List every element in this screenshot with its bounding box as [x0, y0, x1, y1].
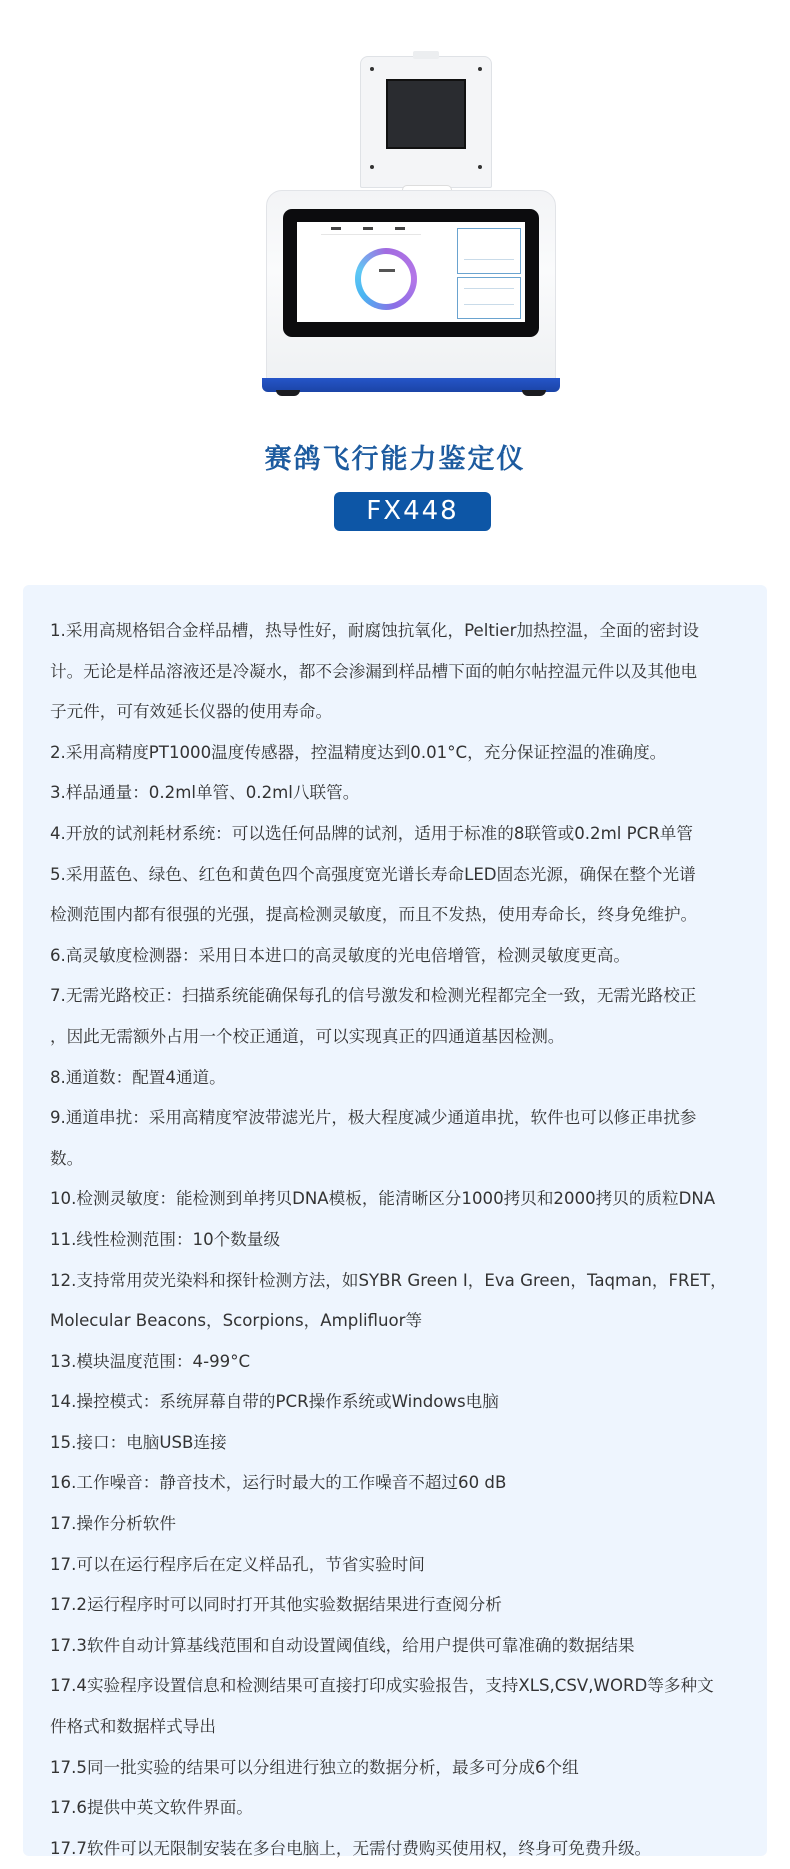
instrument-foot — [522, 390, 546, 396]
spec-line: 计。无论是样品溶液还是冷凝水，都不会渗漏到样品槽下面的帕尔帖控温元件以及其他电 — [50, 652, 750, 693]
screen-tab — [395, 227, 405, 230]
spec-line: 5.采用蓝色、绿色、红色和黄色四个高强度宽光谱长寿命LED固态光源，确保在整个光… — [50, 855, 750, 896]
instrument-lid — [360, 56, 492, 188]
spec-line: 17.可以在运行程序后在定义样品孔，节省实验时间 — [50, 1545, 750, 1586]
spec-line: 7.无需光路校正：扫描系统能确保每孔的信号激发和检测光程都完全一致，无需光路校正 — [50, 976, 750, 1017]
spec-line: 2.采用高精度PT1000温度传感器，控温精度达到0.01°C，充分保证控温的准… — [50, 733, 750, 774]
spec-line: 6.高灵敏度检测器：采用日本进口的高灵敏度的光电倍增管，检测灵敏度更高。 — [50, 936, 750, 977]
spec-line: 17.3软件自动计算基线范围和自动设置阈值线，给用户提供可靠准确的数据结果 — [50, 1626, 750, 1667]
spec-line: 17.操作分析软件 — [50, 1504, 750, 1545]
spec-line: ，因此无需额外占用一个校正通道，可以实现真正的四通道基因检测。 — [50, 1017, 750, 1058]
blue-base-stripe — [262, 378, 560, 392]
screw-icon — [478, 67, 482, 71]
spec-line: 子元件，可有效延长仪器的使用寿命。 — [50, 692, 750, 733]
divider — [464, 288, 514, 289]
screen-tab — [331, 227, 341, 230]
model-badge: FX448 — [334, 492, 491, 531]
screw-icon — [370, 67, 374, 71]
screen-tab-bar — [321, 225, 421, 235]
product-image — [262, 52, 560, 412]
spec-line: 17.7软件可以无限制安装在多台电脑上，无需付费购买使用权，终身可免费升级。 — [50, 1829, 750, 1869]
screen-side-panel — [457, 277, 521, 319]
spec-list: 1.采用高规格铝合金样品槽，热导性好，耐腐蚀抗氧化，Peltier加热控温，全面… — [50, 611, 750, 1869]
spec-line: 8.通道数：配置4通道。 — [50, 1058, 750, 1099]
lid-handle — [413, 51, 439, 59]
spec-line: 11.线性检测范围：10个数量级 — [50, 1220, 750, 1261]
spec-line: 13.模块温度范围：4-99°C — [50, 1342, 750, 1383]
spec-line: 17.2运行程序时可以同时打开其他实验数据结果进行查阅分析 — [50, 1585, 750, 1626]
spec-panel: 1.采用高规格铝合金样品槽，热导性好，耐腐蚀抗氧化，Peltier加热控温，全面… — [23, 585, 767, 1856]
spec-line: 17.5同一批实验的结果可以分组进行独立的数据分析，最多可分成6个组 — [50, 1748, 750, 1789]
spec-line: 4.开放的试剂耗材系统：可以选任何品牌的试剂，适用于标准的8联管或0.2ml P… — [50, 814, 750, 855]
lid-window — [386, 79, 466, 149]
spec-line: 15.接口：电脑USB连接 — [50, 1423, 750, 1464]
screen-side-panel — [457, 228, 521, 274]
progress-ring-icon — [355, 248, 417, 310]
spec-line: 17.4实验程序设置信息和检测结果可直接打印成实验报告，支持XLS,CSV,WO… — [50, 1666, 750, 1707]
spec-line: 9.通道串扰：采用高精度窄波带滤光片，极大程度减少通道串扰，软件也可以修正串扰参 — [50, 1098, 750, 1139]
spec-line: 14.操控模式：系统屏幕自带的PCR操作系统或Windows电脑 — [50, 1382, 750, 1423]
spec-line: 数。 — [50, 1139, 750, 1180]
ring-label — [379, 269, 395, 272]
touchscreen-bezel — [283, 209, 539, 337]
instrument-foot — [276, 390, 300, 396]
spec-line: 检测范围内都有很强的光强，提高检测灵敏度，而且不发热，使用寿命长，终身免维护。 — [50, 895, 750, 936]
instrument-body — [266, 190, 556, 390]
spec-line: 10.检测灵敏度：能检测到单拷贝DNA模板，能清晰区分1000拷贝和2000拷贝… — [50, 1179, 750, 1220]
spec-line: 12.支持常用荧光染料和探针检测方法，如SYBR Green I，Eva Gre… — [50, 1261, 750, 1302]
screen-tab — [363, 227, 373, 230]
product-title: 赛鸽飞行能力鉴定仪 — [0, 437, 790, 476]
divider — [464, 259, 514, 260]
touchscreen — [297, 222, 525, 322]
screw-icon — [370, 165, 374, 169]
spec-line: 3.样品通量：0.2ml单管、0.2ml八联管。 — [50, 773, 750, 814]
divider — [464, 304, 514, 305]
spec-line: 1.采用高规格铝合金样品槽，热导性好，耐腐蚀抗氧化，Peltier加热控温，全面… — [50, 611, 750, 652]
spec-line: 17.6提供中英文软件界面。 — [50, 1788, 750, 1829]
spec-line: 件格式和数据样式导出 — [50, 1707, 750, 1748]
spec-line: 16.工作噪音：静音技术，运行时最大的工作噪音不超过60 dB — [50, 1463, 750, 1504]
spec-line: Molecular Beacons，Scorpions，Amplifluor等 — [50, 1301, 750, 1342]
screw-icon — [478, 165, 482, 169]
